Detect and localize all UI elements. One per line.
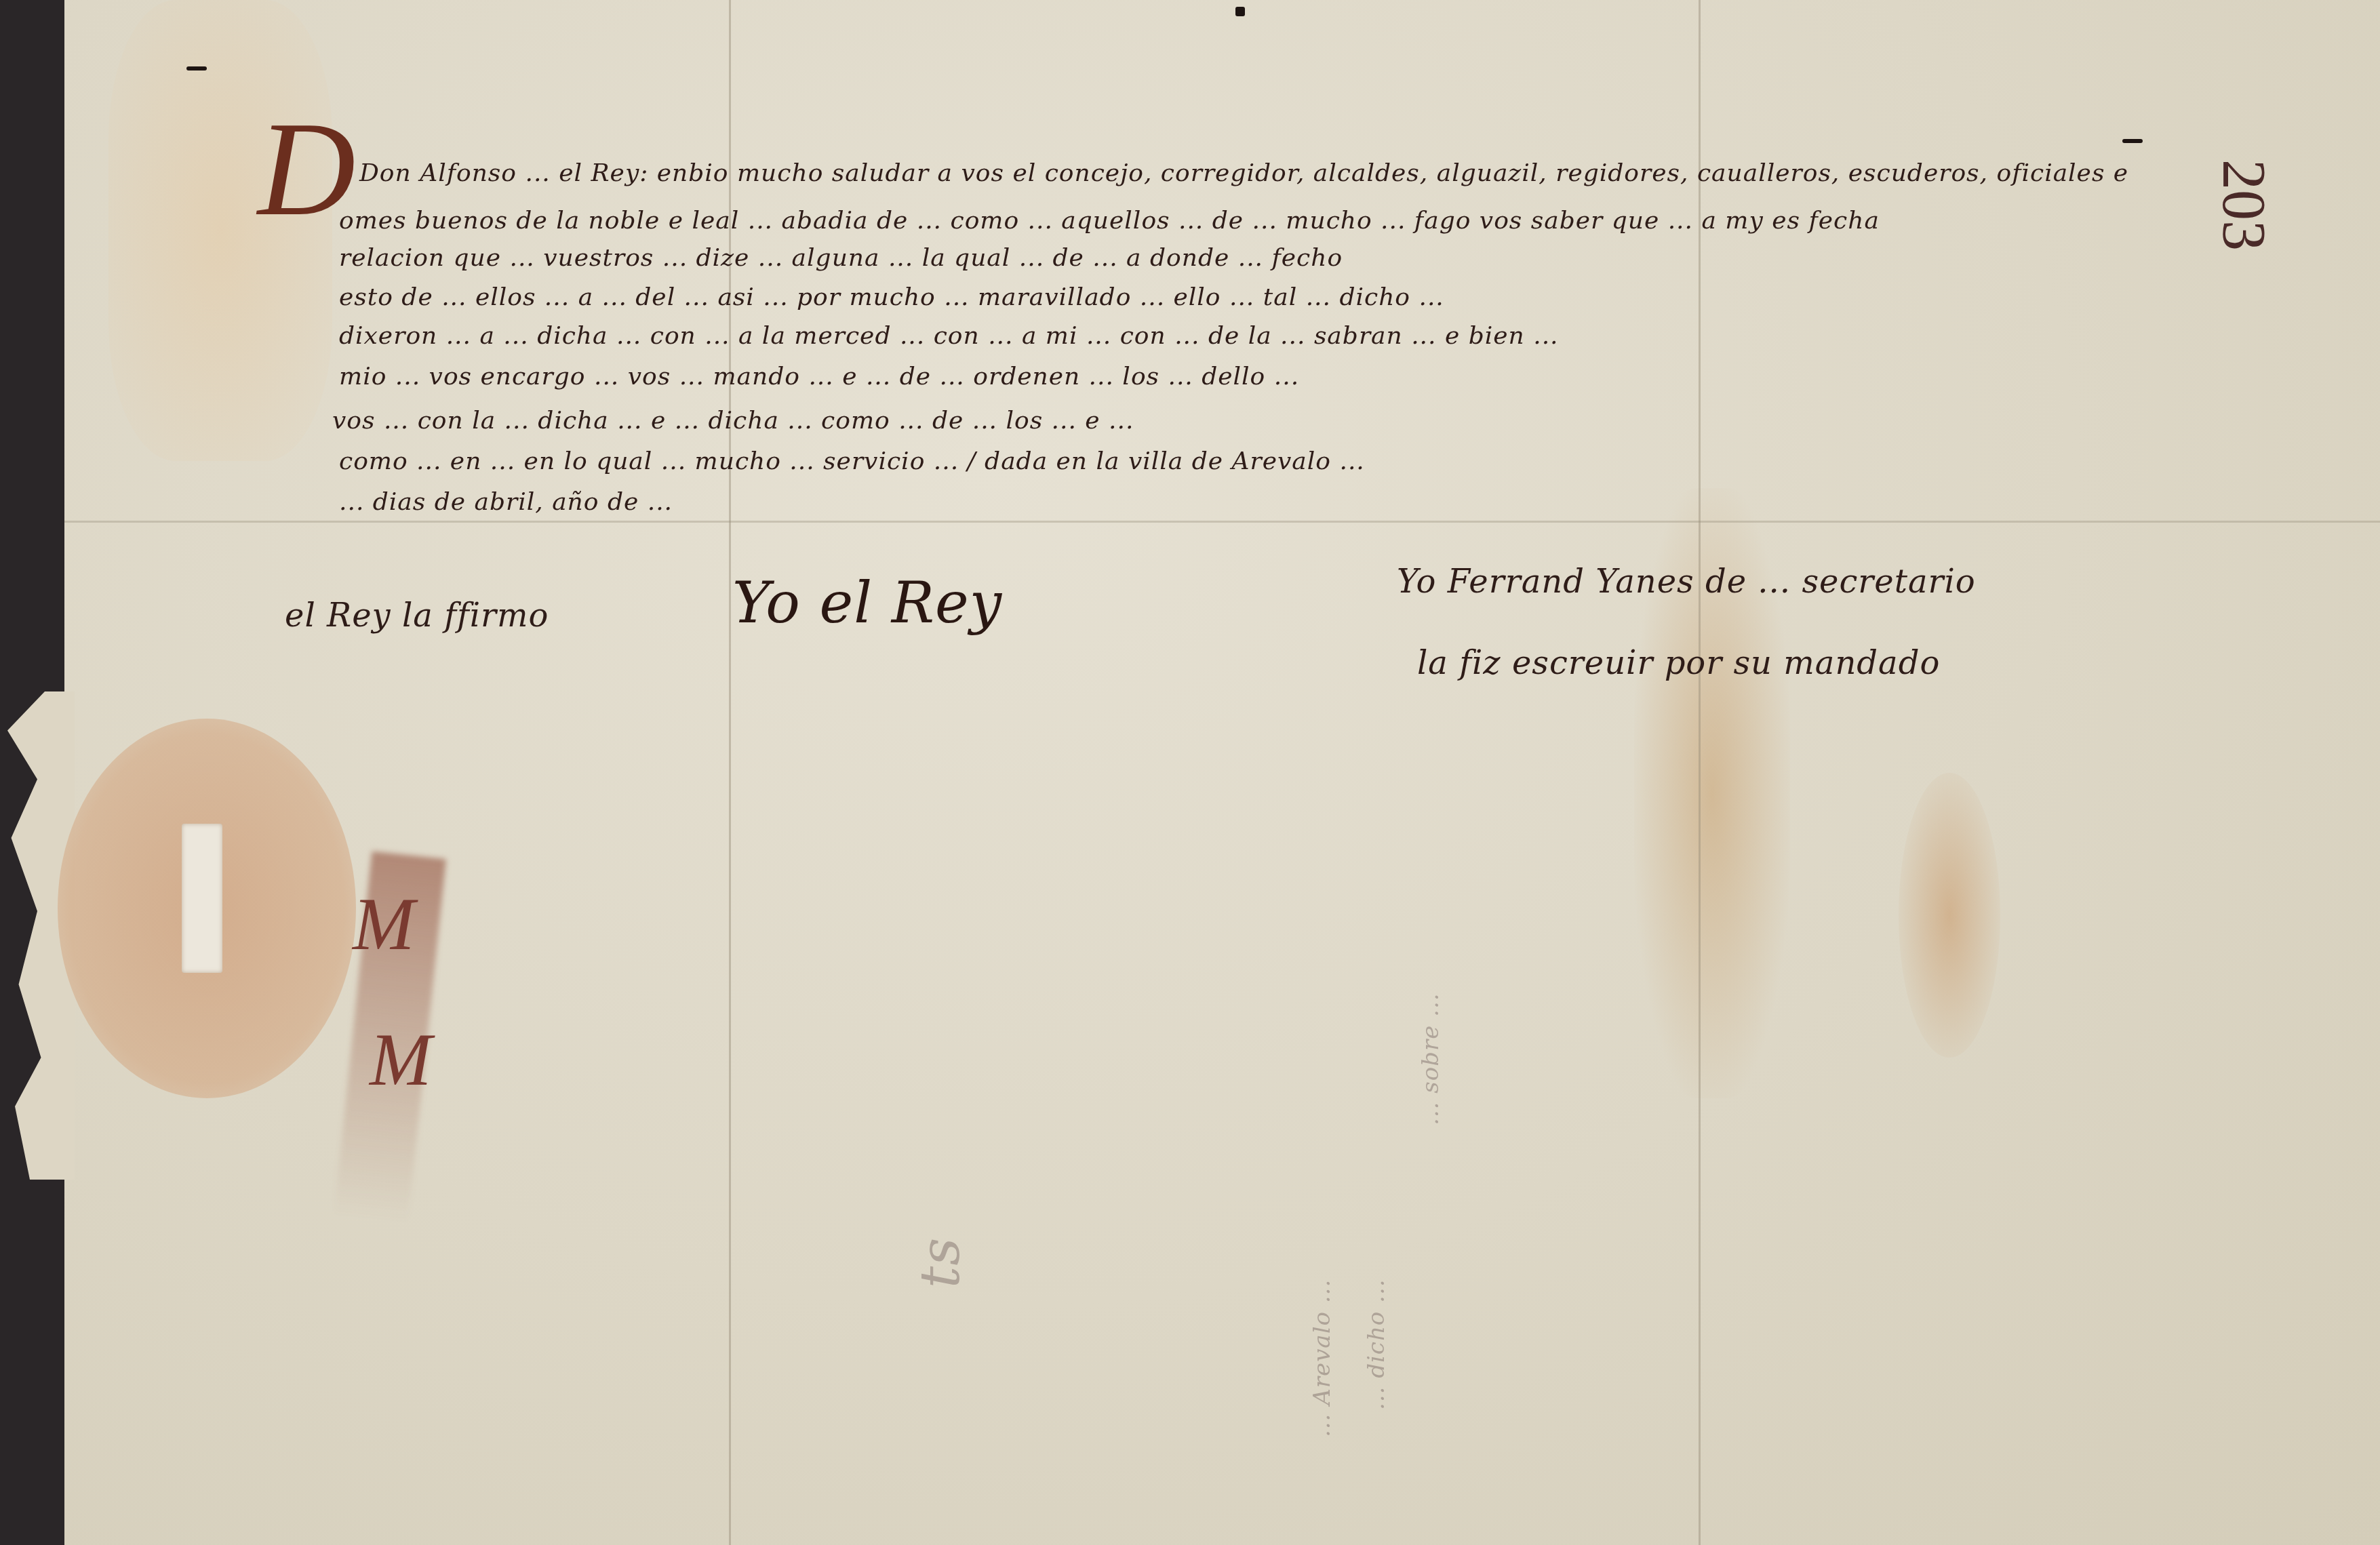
margin-tick-mark — [1235, 7, 1245, 16]
initial-mark-2: M — [370, 1017, 432, 1103]
text-line-8: como ... en ... en lo qual ... mucho ...… — [339, 447, 1365, 475]
initial-mark-1: M — [353, 881, 415, 967]
fold-line-horizontal — [64, 521, 2380, 523]
text-line-9-date: ... dias de abril, año de ... — [339, 488, 673, 516]
text-line-1: Don Alfonso ... el Rey: enbio mucho salu… — [359, 159, 2128, 187]
water-stain-right — [1899, 773, 2000, 1058]
text-line-2: omes buenos de la noble e leal ... abadi… — [339, 207, 1880, 235]
seal-slit — [182, 824, 222, 973]
margin-tick-mark — [186, 66, 207, 71]
royal-signature-prefix: el Rey la ffirmo — [285, 597, 549, 635]
faint-mark: ts — [909, 1237, 972, 1288]
verso-showthrough-line-1: ... Arevalo ... — [1309, 1279, 1336, 1437]
verso-showthrough-line-3: ... sobre ... — [1417, 992, 1444, 1125]
secretary-subscription-line-2: la fiz escreuir por su mandado — [1417, 644, 1940, 682]
text-line-7: vos ... con la ... dicha ... e ... dicha… — [332, 407, 1134, 435]
margin-tick-mark — [2122, 139, 2143, 143]
text-line-6: mio ... vos encargo ... vos ... mando ..… — [339, 363, 1299, 390]
text-line-4: esto de ... ellos ... a ... del ... asi … — [339, 283, 1444, 311]
text-line-3: relacion que ... vuestros ... dize ... a… — [339, 244, 1343, 272]
secretary-subscription-line-1: Yo Ferrand Yanes de ... secretario — [1397, 563, 1976, 601]
verso-showthrough-line-2: ... dicho ... — [1363, 1279, 1390, 1410]
royal-signature: Yo el Rey — [732, 569, 1002, 636]
text-line-5: dixeron ... a ... dicha ... con ... a la… — [339, 322, 1559, 350]
archival-number: 203 — [2208, 159, 2278, 251]
